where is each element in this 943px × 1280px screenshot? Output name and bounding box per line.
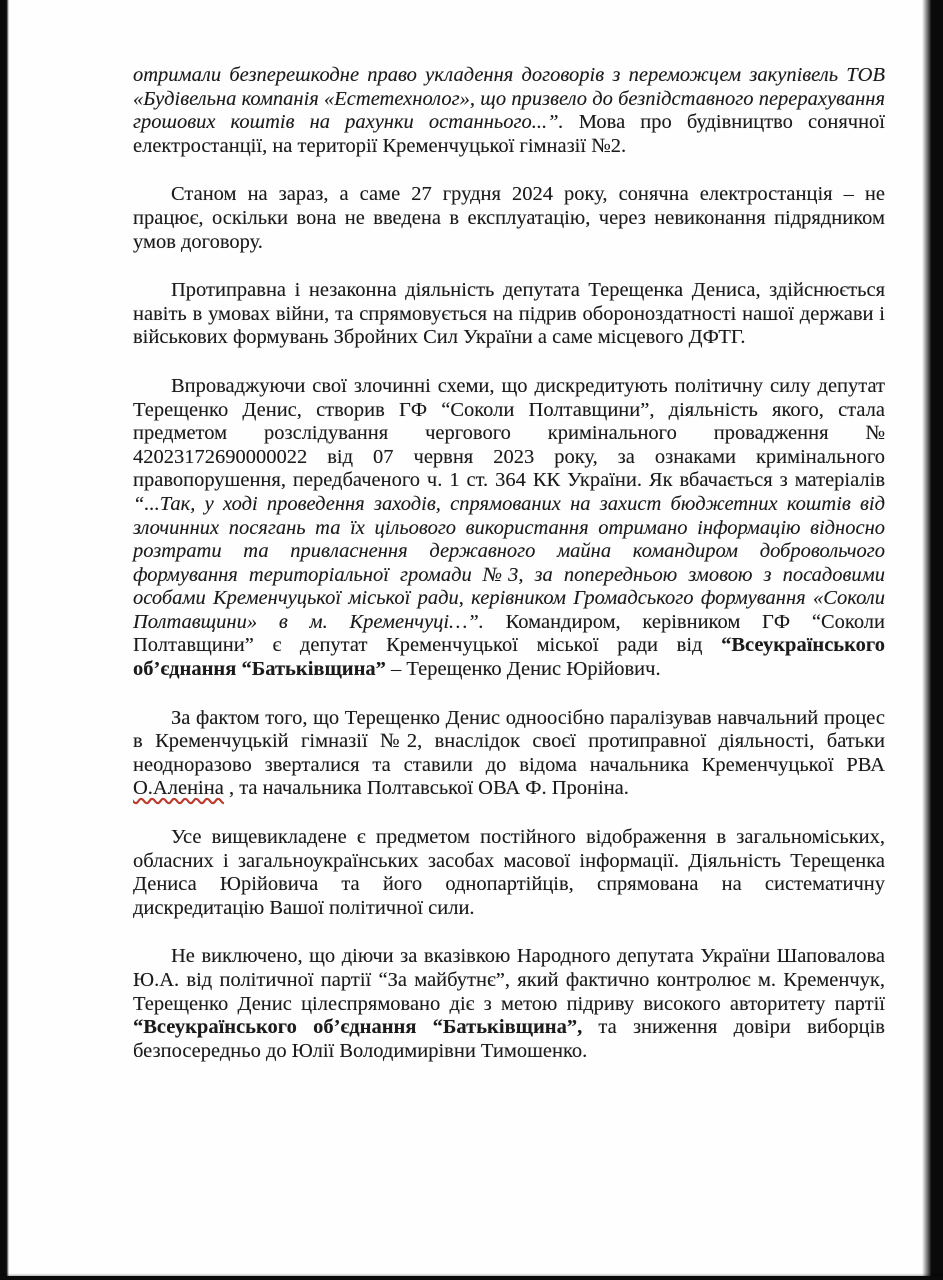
text-run-normal: Не виключено, що діючи за вказівкою Наро… bbox=[133, 945, 885, 1014]
paragraph-illegal-activity: Протиправна і незаконна діяльність депут… bbox=[133, 279, 885, 350]
paragraph-quote-continuation: отримали безперешкодне право укладення д… bbox=[133, 64, 885, 158]
text-run-misspelled: О.Аленіна bbox=[133, 777, 224, 799]
document-body: отримали безперешкодне право укладення д… bbox=[133, 64, 885, 1088]
text-run-normal: За фактом того, що Терещенко Денис одноо… bbox=[133, 707, 885, 776]
text-run-normal: Впроваджуючи свої злочинні схеми, що дис… bbox=[133, 375, 885, 491]
document-photo: отримали безперешкодне право укладення д… bbox=[0, 0, 943, 1280]
paragraph-shapovalov: Не виключено, що діючи за вказівкою Наро… bbox=[133, 945, 885, 1063]
paragraph-school-paralysis: За фактом того, що Терещенко Денис одноо… bbox=[133, 707, 885, 801]
text-run-normal: Станом на зараз, а саме 27 грудня 2024 р… bbox=[133, 183, 885, 252]
text-run-normal: , та начальника Полтавської ОВА Ф. Проні… bbox=[224, 777, 629, 799]
paragraph-criminal-case: Впроваджуючи свої злочинні схеми, що дис… bbox=[133, 375, 885, 682]
right-border-bar bbox=[922, 0, 943, 1280]
left-border-bar bbox=[0, 0, 9, 1280]
bottom-border-bar bbox=[0, 1276, 943, 1280]
text-run-normal: – Терещенко Денис Юрійович. bbox=[386, 658, 661, 680]
paragraph-station-status: Станом на зараз, а саме 27 грудня 2024 р… bbox=[133, 183, 885, 254]
text-run-normal: Усе вищевикладене є предметом постійного… bbox=[133, 826, 885, 919]
paragraph-media-coverage: Усе вищевикладене є предметом постійного… bbox=[133, 826, 885, 920]
text-run-normal: Протиправна і незаконна діяльність депут… bbox=[133, 279, 885, 348]
text-run-bold: “Всеукраїнського об’єднання “Батьківщина… bbox=[133, 1016, 582, 1038]
